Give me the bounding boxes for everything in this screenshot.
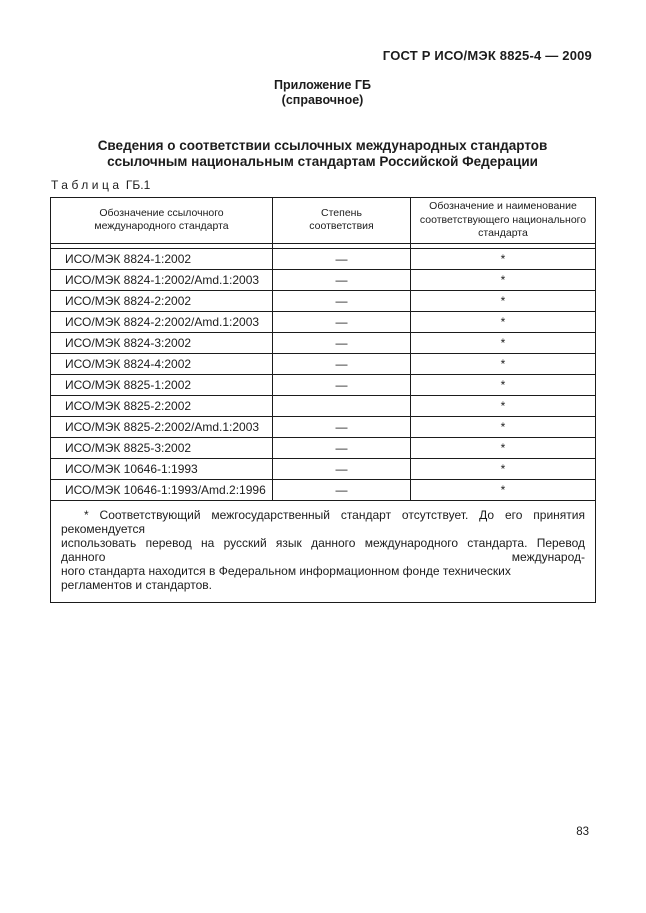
page-content: ГОСТ Р ИСО/МЭК 8825-4 — 2009 Приложение … — [50, 0, 595, 913]
cell-standard: ИСО/МЭК 8825-2:2002/Amd.1:2003 — [51, 416, 273, 437]
page-title: Сведения о соответствии ссылочных междун… — [50, 138, 595, 169]
footnote-line: использовать перевод на русский язык дан… — [61, 536, 585, 564]
cell-national: * — [411, 458, 596, 479]
cell-standard: ИСО/МЭК 8824-1:2002/Amd.1:2003 — [51, 269, 273, 290]
page-title-line2: ссылочным национальным стандартам Россий… — [50, 154, 595, 170]
col-header-national-standard: Обозначение и наименование соответствующ… — [411, 198, 596, 244]
cell-national: * — [411, 353, 596, 374]
col-header-international-standard: Обозначение ссылочного международного ст… — [51, 198, 273, 244]
cell-national: * — [411, 479, 596, 500]
col-header-degree: Степень соответствия — [273, 198, 411, 244]
cell-degree: — — [273, 458, 411, 479]
table-caption-label: Таблица — [51, 178, 123, 192]
cell-national: * — [411, 269, 596, 290]
cell-standard: ИСО/МЭК 8824-3:2002 — [51, 332, 273, 353]
cell-standard: ИСО/МЭК 8824-4:2002 — [51, 353, 273, 374]
appendix-title: Приложение ГБ — [50, 78, 595, 93]
reference-table: Обозначение ссылочного международного ст… — [50, 197, 596, 603]
cell-degree: — — [273, 311, 411, 332]
table-row: ИСО/МЭК 8825-1:2002—* — [51, 374, 596, 395]
table-caption: Таблица ГБ.1 — [51, 178, 150, 192]
footnote-row: * Соответствующий межгосударственный ста… — [51, 500, 596, 602]
footnote: * Соответствующий межгосударственный ста… — [61, 508, 585, 592]
page-title-line1: Сведения о соответствии ссылочных междун… — [50, 138, 595, 154]
cell-standard: ИСО/МЭК 8825-3:2002 — [51, 437, 273, 458]
table-row: ИСО/МЭК 8824-3:2002—* — [51, 332, 596, 353]
cell-national: * — [411, 332, 596, 353]
table-row: ИСО/МЭК 8825-2:2002/Amd.1:2003—* — [51, 416, 596, 437]
table-row: ИСО/МЭК 8824-1:2002—* — [51, 248, 596, 269]
cell-national: * — [411, 374, 596, 395]
table-row: ИСО/МЭК 8824-2:2002—* — [51, 290, 596, 311]
cell-standard: ИСО/МЭК 10646-1:1993/Amd.2:1996 — [51, 479, 273, 500]
cell-degree — [273, 395, 411, 416]
table-row: ИСО/МЭК 8824-2:2002/Amd.1:2003—* — [51, 311, 596, 332]
cell-national: * — [411, 248, 596, 269]
table-row: ИСО/МЭК 10646-1:1993—* — [51, 458, 596, 479]
page-number: 83 — [576, 826, 589, 838]
cell-standard: ИСО/МЭК 8824-2:2002 — [51, 290, 273, 311]
cell-standard: ИСО/МЭК 8825-1:2002 — [51, 374, 273, 395]
footnote-line: ного стандарта находится в Федеральном и… — [61, 564, 585, 592]
cell-standard: ИСО/МЭК 8824-2:2002/Amd.1:2003 — [51, 311, 273, 332]
cell-national: * — [411, 395, 596, 416]
footnote-line: * Соответствующий межгосударственный ста… — [61, 508, 585, 536]
doc-code: ГОСТ Р ИСО/МЭК 8825-4 — 2009 — [383, 48, 592, 63]
cell-standard: ИСО/МЭК 8824-1:2002 — [51, 248, 273, 269]
cell-national: * — [411, 290, 596, 311]
cell-degree: — — [273, 290, 411, 311]
table-row: ИСО/МЭК 8825-3:2002—* — [51, 437, 596, 458]
document-page: { "page": { "doc_code": "ГОСТ Р ИСО/МЭК … — [0, 0, 646, 913]
cell-degree: — — [273, 269, 411, 290]
appendix-subtitle: (справочное) — [50, 93, 595, 108]
cell-national: * — [411, 437, 596, 458]
cell-standard: ИСО/МЭК 8825-2:2002 — [51, 395, 273, 416]
cell-degree: — — [273, 353, 411, 374]
table-row: ИСО/МЭК 8824-4:2002—* — [51, 353, 596, 374]
cell-standard: ИСО/МЭК 10646-1:1993 — [51, 458, 273, 479]
cell-degree: — — [273, 374, 411, 395]
table-row: ИСО/МЭК 8825-2:2002* — [51, 395, 596, 416]
appendix-heading: Приложение ГБ (справочное) — [50, 78, 595, 108]
cell-degree: — — [273, 479, 411, 500]
table-caption-number: ГБ.1 — [126, 178, 150, 192]
cell-national: * — [411, 416, 596, 437]
table-header-row: Обозначение ссылочного международного ст… — [51, 198, 596, 244]
table-body: ИСО/МЭК 8824-1:2002—*ИСО/МЭК 8824-1:2002… — [51, 248, 596, 500]
cell-degree: — — [273, 416, 411, 437]
cell-national: * — [411, 311, 596, 332]
table-row: ИСО/МЭК 10646-1:1993/Amd.2:1996—* — [51, 479, 596, 500]
cell-degree: — — [273, 248, 411, 269]
table-row: ИСО/МЭК 8824-1:2002/Amd.1:2003—* — [51, 269, 596, 290]
cell-degree: — — [273, 332, 411, 353]
cell-degree: — — [273, 437, 411, 458]
